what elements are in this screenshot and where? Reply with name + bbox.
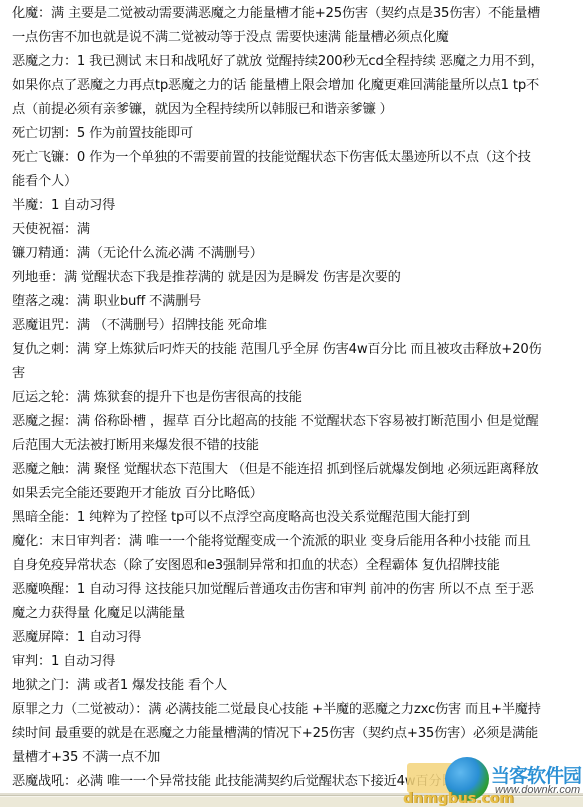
skill-guide-text: 化魔：满 主要是二觉被动需要满恶魔之力能量槽才能+25伤害（契约点是35伤害）不… (0, 2, 583, 794)
text-line: 化魔：满 主要是二觉被动需要满恶魔之力能量槽才能+25伤害（契约点是35伤害）不… (12, 2, 583, 26)
text-line: 害 (12, 362, 583, 386)
text-line: 能看个人） (12, 170, 583, 194)
site-watermark: 当客软件园 www.downkr.com dnmgbus.com (403, 755, 583, 807)
text-line: 死亡切割：5 作为前置技能即可 (12, 122, 583, 146)
text-line: 半魔：1 自动习得 (12, 194, 583, 218)
text-line: 死亡飞镰：0 作为一个单独的不需要前置的技能觉醒状态下伤害低太墨迹所以不点（这个… (12, 146, 583, 170)
text-line: 镰刀精通：满（无论什么流必满 不满删号） (12, 242, 583, 266)
text-line: 魔化：末日审判者：满 唯一一个能将觉醒变成一个流派的职业 变身后能用各种小技能 … (12, 530, 583, 554)
text-line: 恶魔屏障：1 自动习得 (12, 626, 583, 650)
text-line: 恶魔之触：满 聚怪 觉醒状态下范围大 （但是不能连招 抓到怪后就爆发倒地 必须远… (12, 458, 583, 482)
text-line: 点（前提必须有亲爹镰，就因为全程持续所以韩服已和谐亲爹镰 ） (12, 98, 583, 122)
watermark-subtext: dnmgbus.com (403, 791, 514, 807)
text-line: 天使祝福：满 (12, 218, 583, 242)
text-line: 如果你点了恶魔之力再点tp恶魔之力的话 能量槽上限会增加 化魔更难回满能量所以点… (12, 74, 583, 98)
text-line: 续时间 最重要的就是在恶魔之力能量槽满的情况下+25伤害（契约点+35伤害）必须… (12, 722, 583, 746)
text-line: 列地垂：满 觉醒状态下我是推荐满的 就是因为是瞬发 伤害是次要的 (12, 266, 583, 290)
text-line: 如果丢完全能还要跑开才能放 百分比略低） (12, 482, 583, 506)
text-line: 恶魔诅咒：满 （不满删号）招牌技能 死命堆 (12, 314, 583, 338)
text-line: 地狱之门：满 或者1 爆发技能 看个人 (12, 674, 583, 698)
text-line: 堕落之魂：满 职业buff 不满删号 (12, 290, 583, 314)
text-line: 复仇之刺：满 穿上炼狱后叼炸天的技能 范围几乎全屏 伤害4w百分比 而且被攻击释… (12, 338, 583, 362)
text-line: 恶魔之力：1 我已测试 末日和战吼好了就放 觉醒持续200秒无cd全程持续 恶魔… (12, 50, 583, 74)
text-line: 恶魔唤醒：1 自动习得 这技能只加觉醒后普通攻击伤害和审判 前冲的伤害 所以不点… (12, 578, 583, 602)
text-line: 厄运之轮：满 炼狱套的提升下也是伤害很高的技能 (12, 386, 583, 410)
text-line: 审判：1 自动习得 (12, 650, 583, 674)
text-line: 一点伤害不加也就是说不满二觉被动等于没点 需要快速满 能量槽必须点化魔 (12, 26, 583, 50)
text-line: 后范围大无法被打断用来爆发很不错的技能 (12, 434, 583, 458)
text-line: 魔之力获得量 化魔足以满能量 (12, 602, 583, 626)
text-line: 恶魔之握：满 俗称卧槽 ，握草 百分比超高的技能 不觉醒状态下容易被打断范围小 … (12, 410, 583, 434)
text-line: 自身免疫异常状态（除了安图恩和e3强制异常和扣血的状态）全程霸体 复仇招牌技能 (12, 554, 583, 578)
text-line: 黑暗全能：1 纯粹为了控怪 tp可以不点浮空高度略高也没关系觉醒范围大能打到 (12, 506, 583, 530)
text-line: 原罪之力（二觉被动）：满 必满技能二觉最良心技能 +半魔的恶魔之力zxc伤害 而… (12, 698, 583, 722)
